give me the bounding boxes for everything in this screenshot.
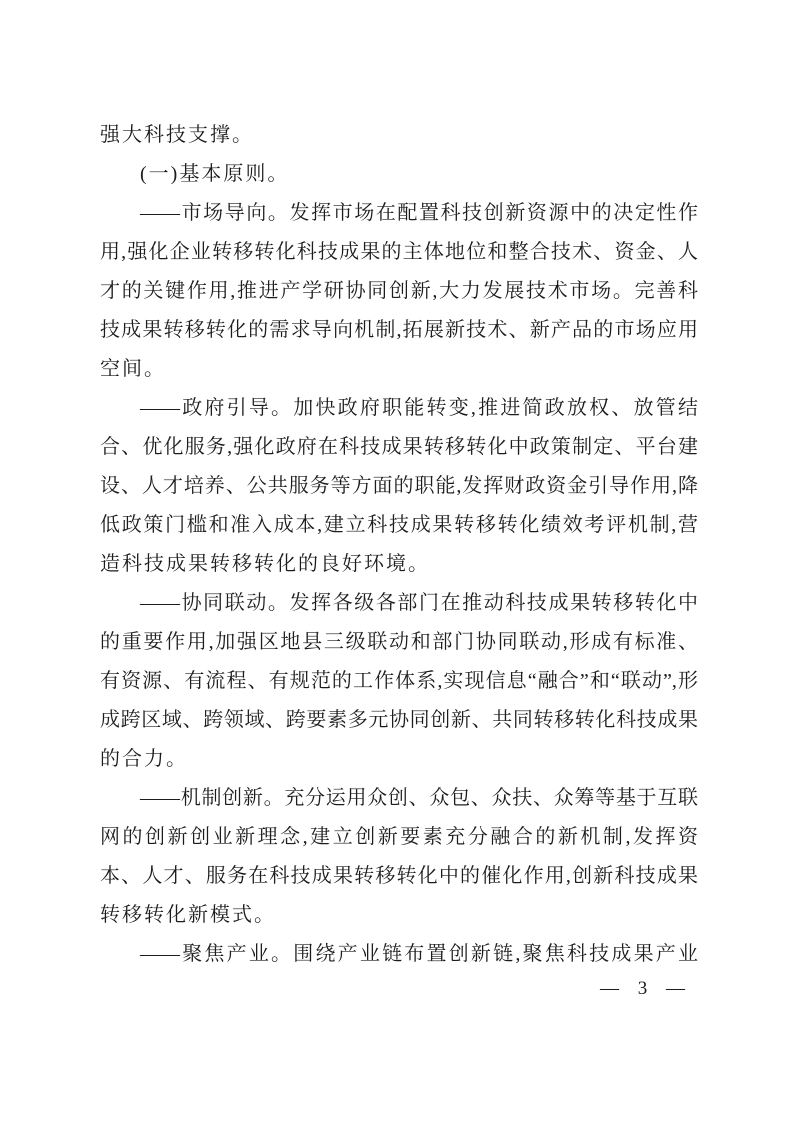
text-line: 的合力。 <box>100 740 698 779</box>
page-number: — 3 — <box>600 974 687 1004</box>
paragraph-industry-focus: ——聚焦产业。围绕产业链布置创新链,聚焦科技成果产业 <box>100 935 698 974</box>
text-line: 设、人才培养、公共服务等方面的职能,发挥财政资金引导作用,降 <box>100 467 698 506</box>
text-line: 才的关键作用,推进产学研协同创新,大力发展技术市场。完善科 <box>100 272 698 311</box>
body-text: 强大科技支撑。 (一)基本原则。 ——市场导向。发挥市场在配置科技创新资源中的决… <box>100 116 698 974</box>
section-heading-line: (一)基本原则。 <box>100 155 698 194</box>
text-line: ——协同联动。发挥各级各部门在推动科技成果转移转化中 <box>100 584 698 623</box>
text-line: ——机制创新。充分运用众创、众包、众扶、众筹等基于互联 <box>100 779 698 818</box>
text-line: ——聚焦产业。围绕产业链布置创新链,聚焦科技成果产业 <box>100 935 698 974</box>
paragraph-coordinated-linkage: ——协同联动。发挥各级各部门在推动科技成果转移转化中 的重要作用,加强区地县三级… <box>100 584 698 779</box>
text-line: 空间。 <box>100 350 698 389</box>
paragraph-section-heading: (一)基本原则。 <box>100 155 698 194</box>
text-line: 低政策门槛和准入成本,建立科技成果转移转化绩效考评机制,营 <box>100 506 698 545</box>
text-line: 技成果转移转化的需求导向机制,拓展新技术、新产品的市场应用 <box>100 311 698 350</box>
text-line: 的重要作用,加强区地县三级联动和部门协同联动,形成有标准、 <box>100 623 698 662</box>
text-line: 网的创新创业新理念,建立创新要素充分融合的新机制,发挥资 <box>100 818 698 857</box>
text-line: 强大科技支撑。 <box>100 116 698 155</box>
text-line: 合、优化服务,强化政府在科技成果转移转化中政策制定、平台建 <box>100 428 698 467</box>
text-line: 造科技成果转移转化的良好环境。 <box>100 545 698 584</box>
paragraph-market-orientation: ——市场导向。发挥市场在配置科技创新资源中的决定性作 用,强化企业转移转化科技成… <box>100 194 698 389</box>
text-line: ——市场导向。发挥市场在配置科技创新资源中的决定性作 <box>100 194 698 233</box>
text-line: 成跨区域、跨领域、跨要素多元协同创新、共同转移转化科技成果 <box>100 701 698 740</box>
text-line: 有资源、有流程、有规范的工作体系,实现信息“融合”和“联动”,形 <box>100 662 698 701</box>
paragraph-government-guidance: ——政府引导。加快政府职能转变,推进简政放权、放管结 合、优化服务,强化政府在科… <box>100 389 698 584</box>
document-page: 强大科技支撑。 (一)基本原则。 ——市场导向。发挥市场在配置科技创新资源中的决… <box>0 0 793 1122</box>
text-line: 用,强化企业转移转化科技成果的主体地位和整合技术、资金、人 <box>100 233 698 272</box>
text-line: ——政府引导。加快政府职能转变,推进简政放权、放管结 <box>100 389 698 428</box>
paragraph: 强大科技支撑。 <box>100 116 698 155</box>
paragraph-mechanism-innovation: ——机制创新。充分运用众创、众包、众扶、众筹等基于互联 网的创新创业新理念,建立… <box>100 779 698 935</box>
text-line: 转移转化新模式。 <box>100 896 698 935</box>
text-line: 本、人才、服务在科技成果转移转化中的催化作用,创新科技成果 <box>100 857 698 896</box>
